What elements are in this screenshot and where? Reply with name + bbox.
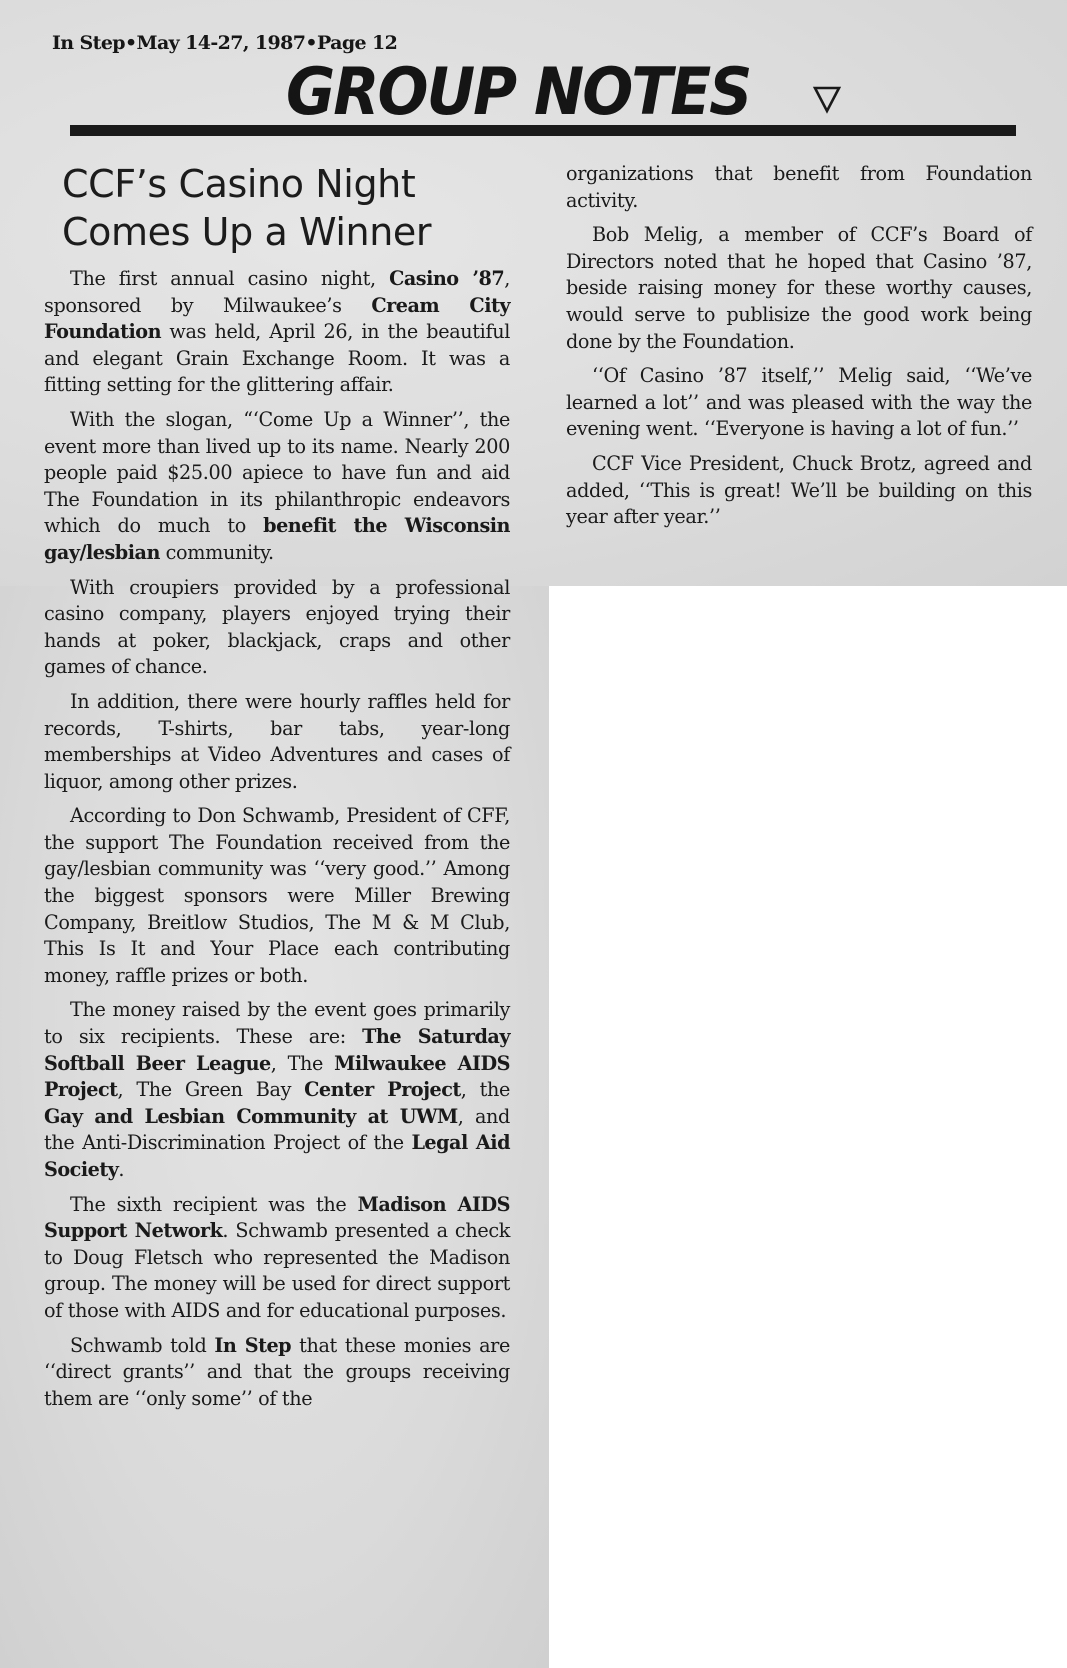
publication-name: In Step xyxy=(214,1334,291,1357)
paragraph-continued: organizations that benefit from Foundati… xyxy=(566,161,1032,214)
paragraph: The first annual casino night, Casino ’8… xyxy=(44,266,510,399)
recipient-name: Center Project xyxy=(304,1078,461,1101)
section-rule xyxy=(70,125,1016,136)
paragraph: CCF Vice President, Chuck Brotz, agreed … xyxy=(566,451,1032,531)
page-folio: In Step•May 14-27, 1987•Page 12 xyxy=(52,32,397,54)
paragraph: According to Don Schwamb, President of C… xyxy=(44,803,510,989)
paragraph: Bob Melig, a member of CCF’s Board of Di… xyxy=(566,222,1032,355)
event-name: Casino ’87 xyxy=(389,267,504,290)
section-title: GROUP NOTES xyxy=(286,60,750,125)
paragraph: The sixth recipient was the Madison AIDS… xyxy=(44,1192,510,1325)
paragraph: With the slogan, “‘Come Up a Winner’’, t… xyxy=(44,407,510,567)
headline-line-2: Comes Up a Winner xyxy=(62,208,522,256)
down-triangle-icon xyxy=(812,84,842,114)
article-column-left: The first annual casino night, Casino ’8… xyxy=(44,266,510,1420)
article-headline: CCF’s Casino Night Comes Up a Winner xyxy=(62,160,522,256)
recipient-name: Gay and Lesbian Community at UWM xyxy=(44,1105,458,1128)
paragraph: With croupiers provided by a professiona… xyxy=(44,575,510,681)
paragraph: The money raised by the event goes prima… xyxy=(44,997,510,1183)
paragraph: Schwamb told In Step that these monies a… xyxy=(44,1333,510,1413)
paragraph: In addition, there were hourly raffles h… xyxy=(44,689,510,795)
headline-line-1: CCF’s Casino Night xyxy=(62,160,522,208)
article-column-right: organizations that benefit from Foundati… xyxy=(566,161,1032,539)
paragraph: ‘‘Of Casino ’87 itself,’’ Melig said, ‘‘… xyxy=(566,363,1032,443)
